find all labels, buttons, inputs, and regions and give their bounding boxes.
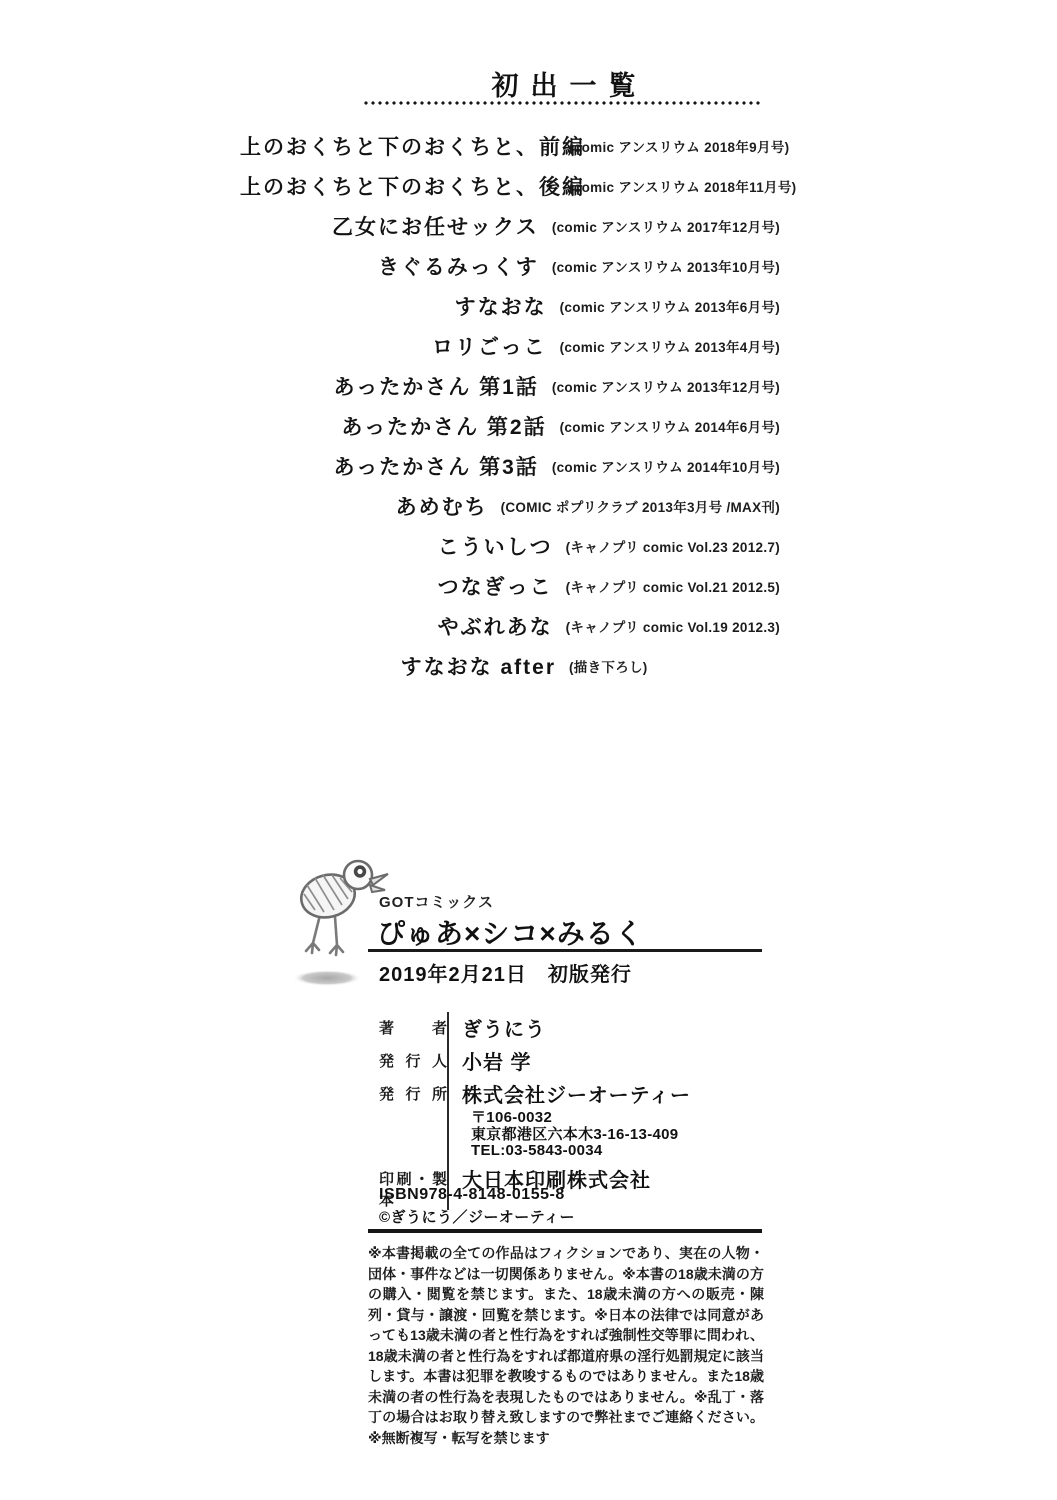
credit-row: 著者 ぎうにう xyxy=(379,1012,762,1045)
work-title: きぐるみっくす xyxy=(240,251,539,281)
work-source: (キャノプリ comic Vol.19 2012.3) xyxy=(566,616,780,636)
work-row: あったかさん 第1話 (comic アンスリウム 2013年12月号) xyxy=(240,366,780,406)
work-source: (comic アンスリウム 2014年6月号) xyxy=(560,416,780,436)
work-source: (comic アンスリウム 2013年10月号) xyxy=(552,256,780,276)
credit-row: 発行所 株式会社ジーオーティー 〒106-0032 東京都港区六本木3-16-1… xyxy=(379,1078,762,1163)
isbn-line: ISBN978-4-8148-0155-8 xyxy=(379,1186,565,1204)
credit-label: 発行所 xyxy=(379,1078,447,1163)
work-row: 上のおくちと下のおくちと、前編 (comic アンスリウム 2018年9月号) xyxy=(240,126,780,166)
work-source: (comic アンスリウム 2013年12月号) xyxy=(552,376,780,396)
work-title: やぶれあな xyxy=(240,611,553,641)
work-source: (comic アンスリウム 2018年9月号) xyxy=(569,136,789,156)
legal-disclaimer: ※本書掲載の全ての作品はフィクションであり、実在の人物・団体・事件などは一切関係… xyxy=(368,1243,764,1448)
credit-label: 発行人 xyxy=(379,1045,447,1078)
work-title: つなぎっこ xyxy=(240,571,553,601)
work-row: あったかさん 第3話 (comic アンスリウム 2014年10月号) xyxy=(240,446,780,486)
work-row: やぶれあな (キャノプリ comic Vol.19 2012.3) xyxy=(240,606,780,646)
work-row: あったかさん 第2話 (comic アンスリウム 2014年6月号) xyxy=(240,406,780,446)
work-title: あったかさん 第1話 xyxy=(240,371,539,401)
credit-value: 小岩 学 xyxy=(462,1046,762,1075)
work-source: (キャノプリ comic Vol.23 2012.7) xyxy=(566,536,780,556)
works-list: 上のおくちと下のおくちと、前編 (comic アンスリウム 2018年9月号) … xyxy=(240,126,780,686)
work-row: ロリごっこ (comic アンスリウム 2013年4月号) xyxy=(240,326,780,366)
dotted-divider xyxy=(364,101,762,105)
edition-line: 2019年2月21日 初版発行 xyxy=(379,958,632,987)
postal-code: 〒106-0032 xyxy=(471,1110,762,1127)
credit-row: 発行人 小岩 学 xyxy=(379,1045,762,1078)
work-row: すなおな (comic アンスリウム 2013年6月号) xyxy=(240,286,780,326)
address-line: 東京都港区六本木3-16-13-409 xyxy=(471,1127,762,1144)
work-title: 上のおくちと下のおくちと、前編 xyxy=(240,131,556,161)
credit-label: 著者 xyxy=(379,1012,447,1045)
disclaimer-divider xyxy=(368,1229,762,1233)
work-row: つなぎっこ (キャノプリ comic Vol.21 2012.5) xyxy=(240,566,780,606)
work-row: こういしつ (キャノプリ comic Vol.23 2012.7) xyxy=(240,526,780,566)
work-title: 乙女にお任せックス xyxy=(240,211,539,241)
work-row: 乙女にお任せックス (comic アンスリウム 2017年12月号) xyxy=(240,206,780,246)
title-divider xyxy=(368,949,762,952)
book-title: ぴゅあ×シコ×みるく xyxy=(377,912,644,952)
work-title: 上のおくちと下のおくちと、後編 xyxy=(240,171,556,201)
work-source: (描き下ろし) xyxy=(569,656,648,676)
work-source: (COMIC ポプリクラブ 2013年3月号 /MAX刊) xyxy=(501,496,780,516)
publisher-address: 〒106-0032 東京都港区六本木3-16-13-409 TEL:03-584… xyxy=(462,1108,762,1160)
credit-value: 株式会社ジーオーティー xyxy=(462,1079,762,1108)
work-row: きぐるみっくす (comic アンスリウム 2013年10月号) xyxy=(240,246,780,286)
work-title: すなおな after xyxy=(240,651,556,681)
work-source: (comic アンスリウム 2017年12月号) xyxy=(552,216,780,236)
work-title: こういしつ xyxy=(240,531,553,561)
work-title: あったかさん 第3話 xyxy=(240,451,539,481)
work-source: (comic アンスリウム 2013年6月号) xyxy=(560,296,780,316)
work-title: ロリごっこ xyxy=(240,331,547,361)
copyright-line: ©ぎうにう／ジーオーティー xyxy=(379,1206,575,1227)
work-title: すなおな xyxy=(240,291,547,321)
imprint-label: GOTコミックス xyxy=(379,891,494,912)
credit-value: ぎうにう xyxy=(462,1013,762,1042)
work-title: あめむち xyxy=(240,491,488,521)
work-source: (キャノプリ comic Vol.21 2012.5) xyxy=(566,576,780,596)
work-source: (comic アンスリウム 2014年10月号) xyxy=(552,456,780,476)
book-colophon-page: 初出一覧 上のおくちと下のおくちと、前編 (comic アンスリウム 2018年… xyxy=(0,0,1057,1500)
phone-line: TEL:03-5843-0034 xyxy=(471,1143,762,1160)
page-title: 初出一覧 xyxy=(365,64,762,103)
work-row: すなおな after (描き下ろし) xyxy=(240,646,780,686)
work-source: (comic アンスリウム 2018年11月号) xyxy=(569,176,796,196)
work-row: あめむち (COMIC ポプリクラブ 2013年3月号 /MAX刊) xyxy=(240,486,780,526)
work-source: (comic アンスリウム 2013年4月号) xyxy=(560,336,780,356)
work-title: あったかさん 第2話 xyxy=(240,411,547,441)
work-row: 上のおくちと下のおくちと、後編 (comic アンスリウム 2018年11月号) xyxy=(240,166,780,206)
credits-table: 著者 ぎうにう 発行人 小岩 学 発行所 株式会社ジーオーティー 〒106-00… xyxy=(379,1012,762,1210)
